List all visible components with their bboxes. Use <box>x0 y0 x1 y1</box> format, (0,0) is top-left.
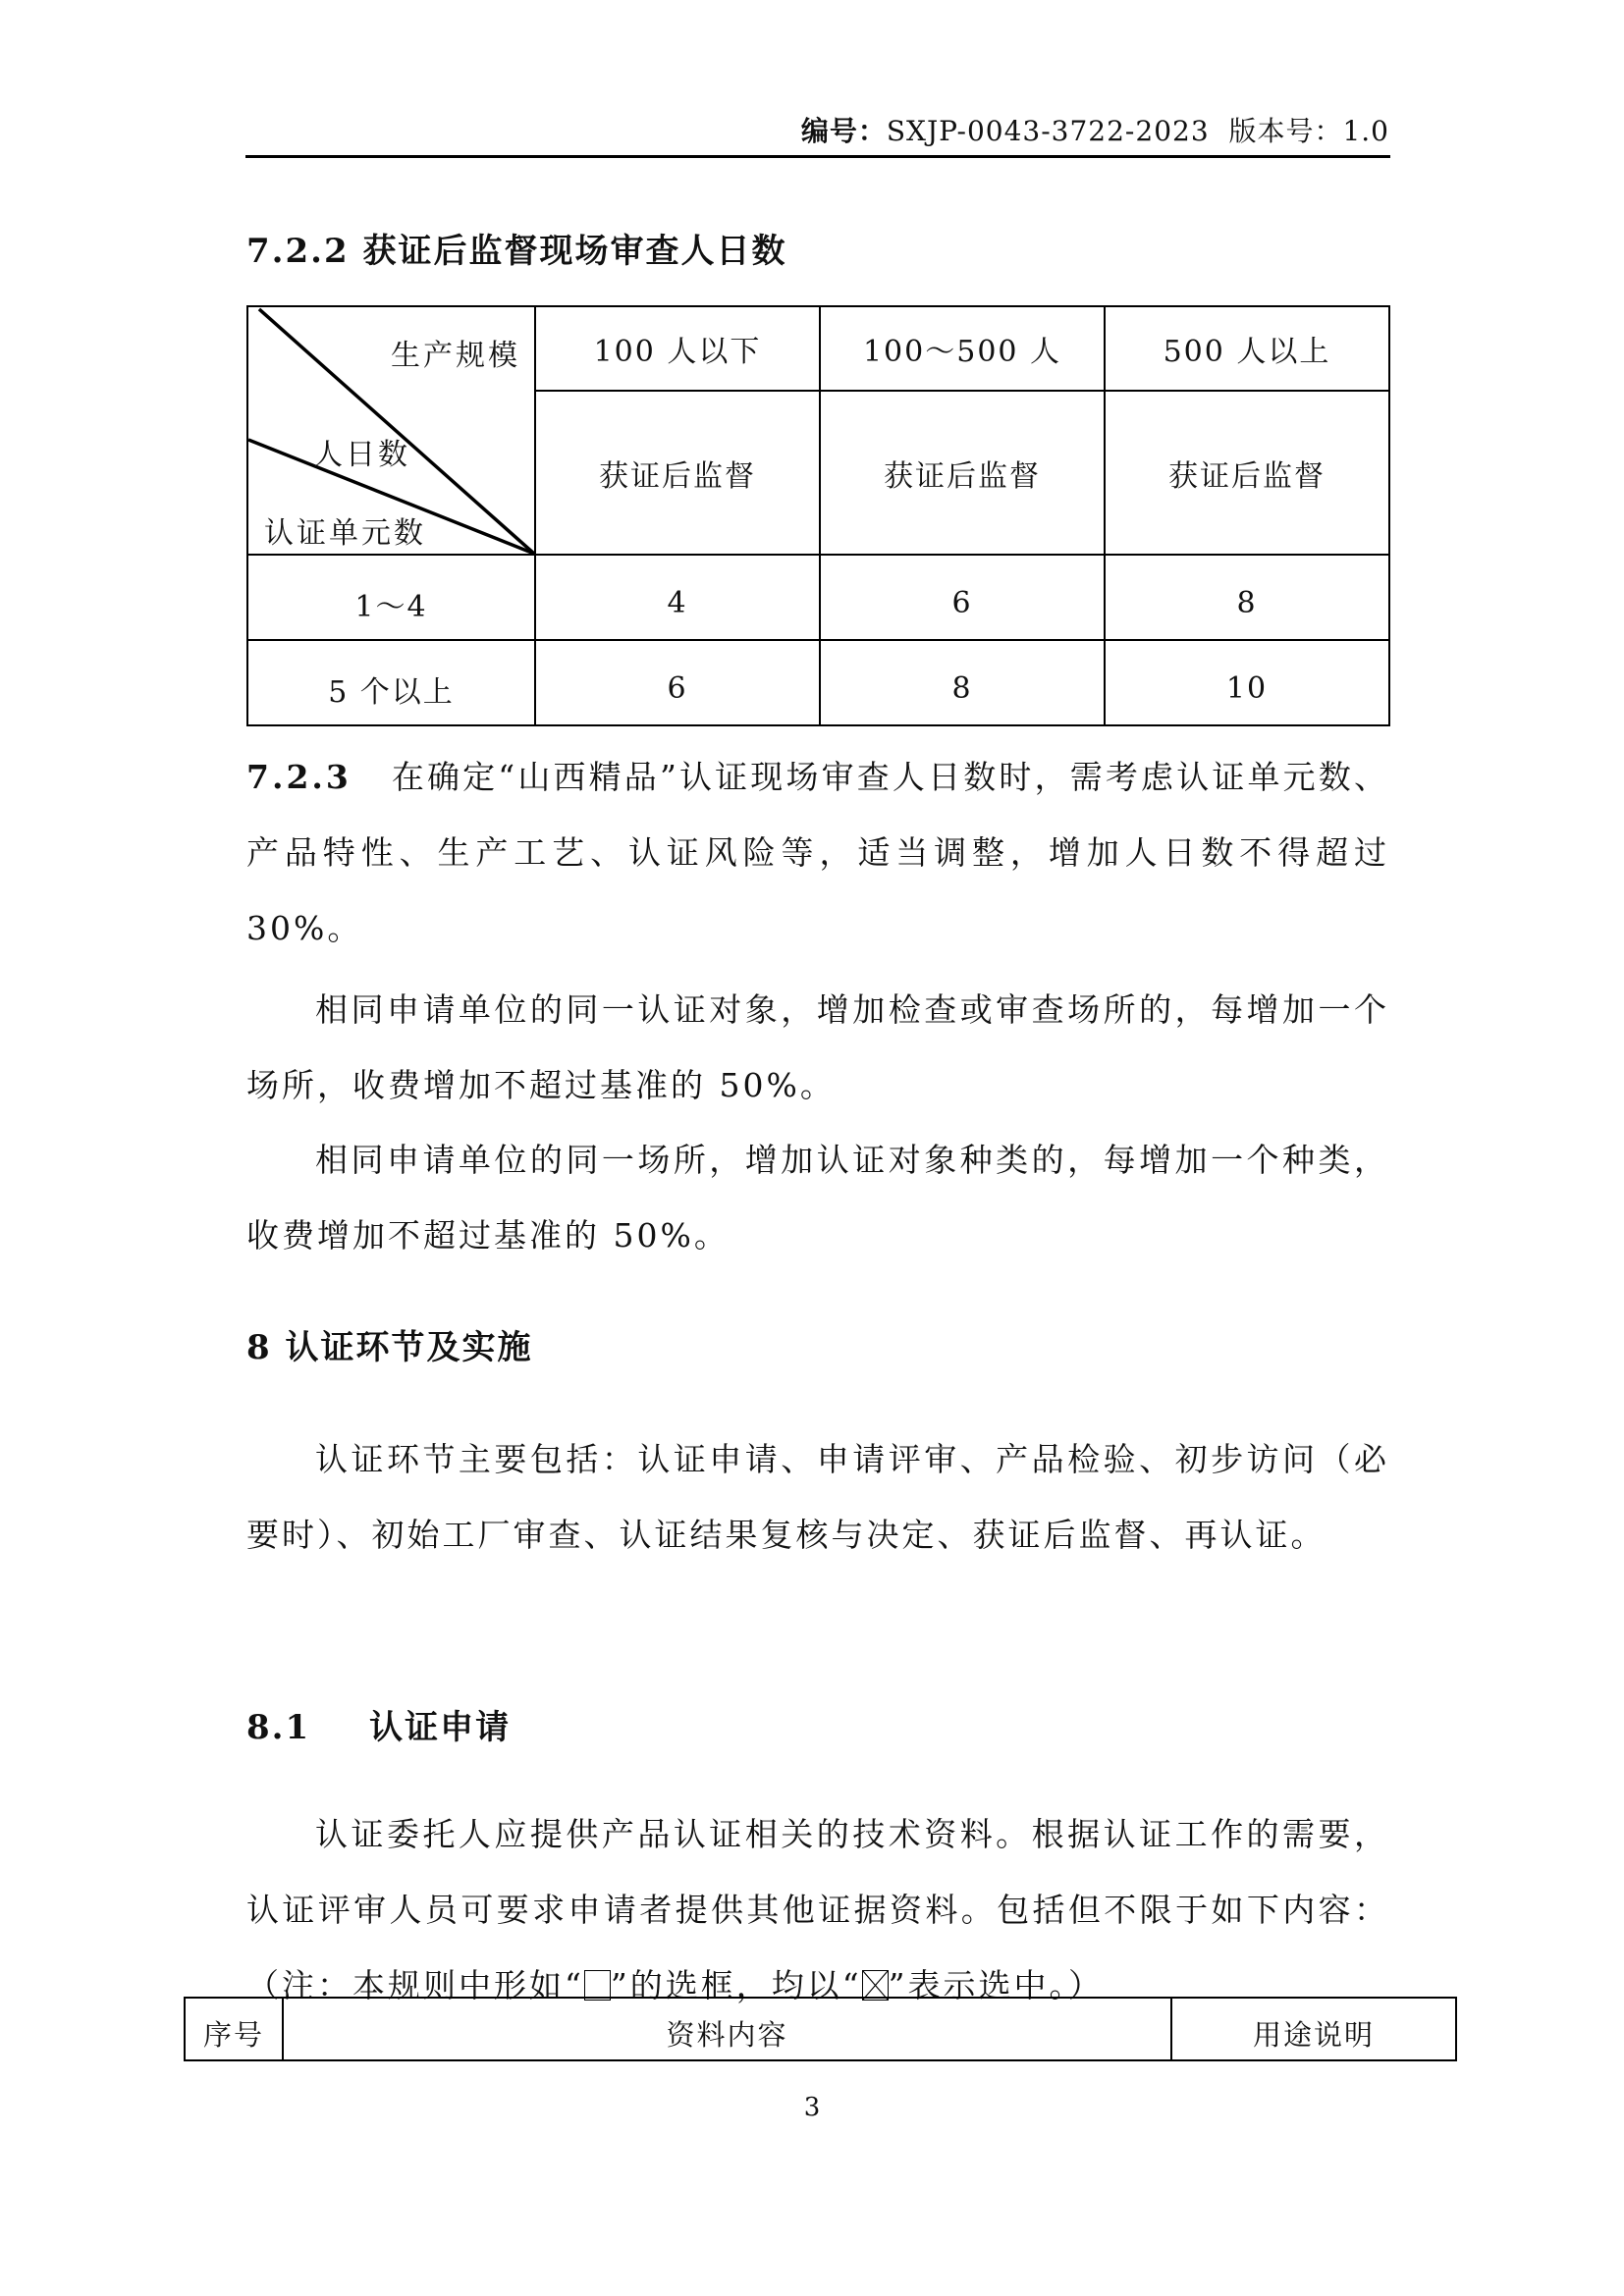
scale-header-1: 100 人以下 <box>535 306 820 391</box>
corner-label-scale: 生产规模 <box>391 331 520 374</box>
units-cell: 1～4 <box>247 555 535 640</box>
section-8-1-title: 8.1认证申请 <box>246 1700 511 1748</box>
section-7-2-3: 7.2.3 在确定“山西精品”认证现场审查人日数时，需考虑认证单元数、产品特性、… <box>246 739 1389 966</box>
header-purpose: 用途说明 <box>1171 1998 1456 2060</box>
value-cell: 8 <box>1105 555 1389 640</box>
person-days-table: 生产规模 人日数 认证单元数 100 人以下 100～500 人 500 人以上… <box>246 305 1390 726</box>
section-8-1-text: 认证委托人应提供产品认证相关的技术资料。根据认证工作的需要，认证评审人员可要求申… <box>246 1796 1389 2023</box>
version-number: 1.0 <box>1342 115 1389 147</box>
header-divider <box>245 155 1390 158</box>
scale-header-2: 100～500 人 <box>820 306 1105 391</box>
table-row: 5 个以上 6 8 10 <box>247 640 1389 725</box>
section-7-2-2-title: 7.2.2 获证后监督现场审查人日数 <box>246 224 786 272</box>
section-8-1-number: 8.1 <box>246 1708 310 1747</box>
section-8-text: 认证环节主要包括：认证申请、申请评审、产品检验、初步访问（必要时）、初始工厂审查… <box>246 1421 1389 1573</box>
header-content: 资料内容 <box>283 1998 1171 2060</box>
document-header: 编号：SXJP-0043-3722-2023 版本号：1.0 <box>245 110 1389 149</box>
section-7-2-3-number: 7.2.3 <box>246 758 352 796</box>
value-cell: 6 <box>820 555 1105 640</box>
materials-table: 序号 资料内容 用途说明 <box>184 1997 1457 2061</box>
section-8-title: 8 认证环节及实施 <box>246 1320 533 1368</box>
paragraph-extra-site: 相同申请单位的同一认证对象，增加检查或审查场所的，每增加一个场所，收费增加不超过… <box>246 972 1389 1123</box>
sub-header-2: 获证后监督 <box>820 391 1105 555</box>
version-label: 版本号： <box>1228 115 1342 147</box>
value-cell: 6 <box>535 640 820 725</box>
doc-number-label: 编号： <box>801 115 887 147</box>
value-cell: 8 <box>820 640 1105 725</box>
table-row: 1～4 4 6 8 <box>247 555 1389 640</box>
value-cell: 10 <box>1105 640 1389 725</box>
sub-header-3: 获证后监督 <box>1105 391 1389 555</box>
scale-header-3: 500 人以上 <box>1105 306 1389 391</box>
section-7-2-3-text: 在确定“山西精品”认证现场审查人日数时，需考虑认证单元数、产品特性、生产工艺、认… <box>246 758 1389 947</box>
doc-number: SXJP-0043-3722-2023 <box>887 115 1210 147</box>
header-index: 序号 <box>185 1998 283 2060</box>
corner-label-units: 认证单元数 <box>264 508 426 552</box>
page-number: 3 <box>0 2093 1624 2122</box>
section-8-1-label: 认证申请 <box>369 1708 511 1747</box>
corner-label-person-days: 人日数 <box>313 430 410 473</box>
diagonal-header-cell: 生产规模 人日数 认证单元数 <box>247 306 535 555</box>
units-cell: 5 个以上 <box>247 640 535 725</box>
sub-header-1: 获证后监督 <box>535 391 820 555</box>
paragraph-extra-category: 相同申请单位的同一场所，增加认证对象种类的，每增加一个种类，收费增加不超过基准的… <box>246 1122 1389 1273</box>
value-cell: 4 <box>535 555 820 640</box>
